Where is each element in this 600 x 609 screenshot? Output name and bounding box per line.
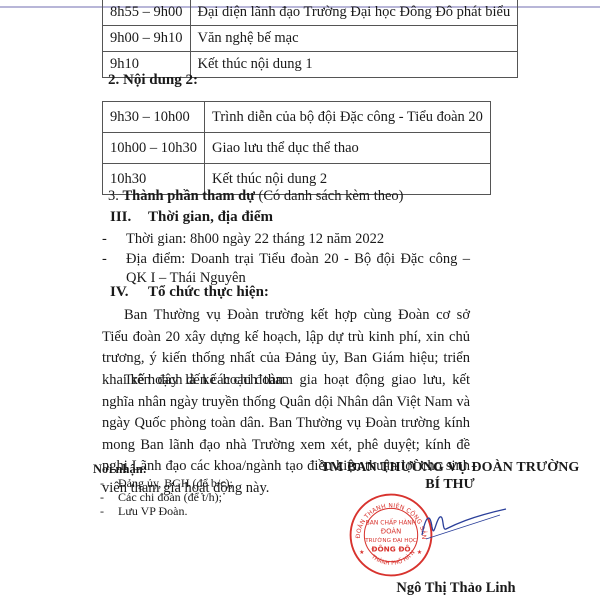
bullet-dash: - — [102, 250, 126, 269]
recipients-block: Nơi nhận: -Đảng ủy, BGH (để b/c); -Các c… — [93, 462, 233, 518]
time-cell: 8h55 – 9h00 — [103, 0, 191, 26]
signer-role: BÍ THƯ — [300, 477, 600, 493]
bullet-dash: - — [100, 490, 118, 504]
time-cell: 9h30 – 10h00 — [103, 102, 205, 133]
part3-bullet-time: -Thời gian: 8h00 ngày 22 tháng 12 năm 20… — [102, 231, 384, 248]
section2-heading: 2. Nội dung 2: — [108, 72, 198, 89]
table-row: 10h00 – 10h30 Giao lưu thể dục thể thao — [103, 133, 491, 164]
activity-cell: Kết thúc nội dung 1 — [190, 52, 518, 78]
part4-heading: IV.Tổ chức thực hiện: — [110, 284, 269, 301]
recipient-item: -Đảng ủy, BGH (để b/c); — [93, 476, 233, 490]
activity-cell: Văn nghệ bế mạc — [190, 26, 518, 52]
section3-note: (Có danh sách kèm theo) — [255, 188, 404, 204]
time-cell: 10h00 – 10h30 — [103, 133, 205, 164]
bullet-dash: - — [100, 504, 118, 518]
section3-line: 3. Thành phần tham dự (Có danh sách kèm … — [108, 188, 404, 205]
activity-cell: Giao lưu thể dục thể thao — [205, 133, 491, 164]
part3-heading: III.Thời gian, địa điểm — [110, 209, 273, 226]
signer-name: Ngô Thị Thảo Linh — [300, 580, 600, 597]
bullet-dash: - — [100, 476, 118, 490]
recipient-text: Lưu VP Đoàn. — [118, 504, 188, 518]
part4-numeral: IV. — [110, 284, 148, 301]
stamp-line4: ĐÔNG ĐÔ — [371, 544, 410, 553]
handwritten-signature-icon — [420, 505, 510, 545]
table-row: 9h30 – 10h00 Trình diễn của bộ đội Đặc c… — [103, 102, 491, 133]
activity-cell: Trình diễn của bộ đội Đặc công - Tiểu đo… — [205, 102, 491, 133]
part3-numeral: III. — [110, 209, 148, 226]
recipient-text: Đảng ủy, BGH (để b/c); — [118, 476, 233, 490]
recipient-item: -Các chi đoàn (để t/h); — [93, 490, 233, 504]
bullet-text: Thời gian: 8h00 ngày 22 tháng 12 năm 202… — [126, 231, 384, 247]
recipient-item: -Lưu VP Đoàn. — [93, 504, 233, 518]
bullet-text: Địa điểm: Doanh trại Tiểu đoàn 20 - Bộ đ… — [126, 251, 470, 286]
recipients-title: Nơi nhận: — [93, 462, 233, 476]
star-icon: ★ — [359, 549, 364, 556]
part3-bullet-location: -Địa điểm: Doanh trại Tiểu đoàn 20 - Bộ … — [102, 250, 470, 288]
signer-organization: TM BAN THƯỜNG VỤ ĐOÀN TRƯỜNG — [300, 460, 600, 476]
schedule-table-part2: 9h30 – 10h00 Trình diễn của bộ đội Đặc c… — [102, 101, 491, 195]
recipient-text: Các chi đoàn (để t/h); — [118, 490, 222, 504]
bullet-dash: - — [102, 231, 126, 248]
section3-title: Thành phần tham dự — [123, 188, 255, 204]
star-icon: ★ — [417, 549, 422, 556]
activity-cell: Đại diện lãnh đạo Trường Đại học Đông Đô… — [190, 0, 518, 26]
document-page: 8h55 – 9h00 Đại diện lãnh đạo Trường Đại… — [0, 0, 600, 609]
table-row: 8h55 – 9h00 Đại diện lãnh đạo Trường Đại… — [103, 0, 518, 26]
time-cell: 9h00 – 9h10 — [103, 26, 191, 52]
stamp-line1: BAN CHẤP HÀNH — [366, 517, 417, 527]
section3-number: 3. — [108, 188, 119, 204]
schedule-table-part1: 8h55 – 9h00 Đại diện lãnh đạo Trường Đại… — [102, 0, 518, 78]
table-row: 9h00 – 9h10 Văn nghệ bế mạc — [103, 26, 518, 52]
stamp-line3: TRƯỜNG ĐẠI HỌC — [364, 537, 417, 544]
stamp-line2: ĐOÀN — [381, 526, 401, 535]
part3-title: Thời gian, địa điểm — [148, 209, 273, 225]
signature-block: TM BAN THƯỜNG VỤ ĐOÀN TRƯỜNG BÍ THƯ Ngô … — [300, 460, 600, 493]
part4-title: Tổ chức thực hiện: — [148, 284, 269, 300]
